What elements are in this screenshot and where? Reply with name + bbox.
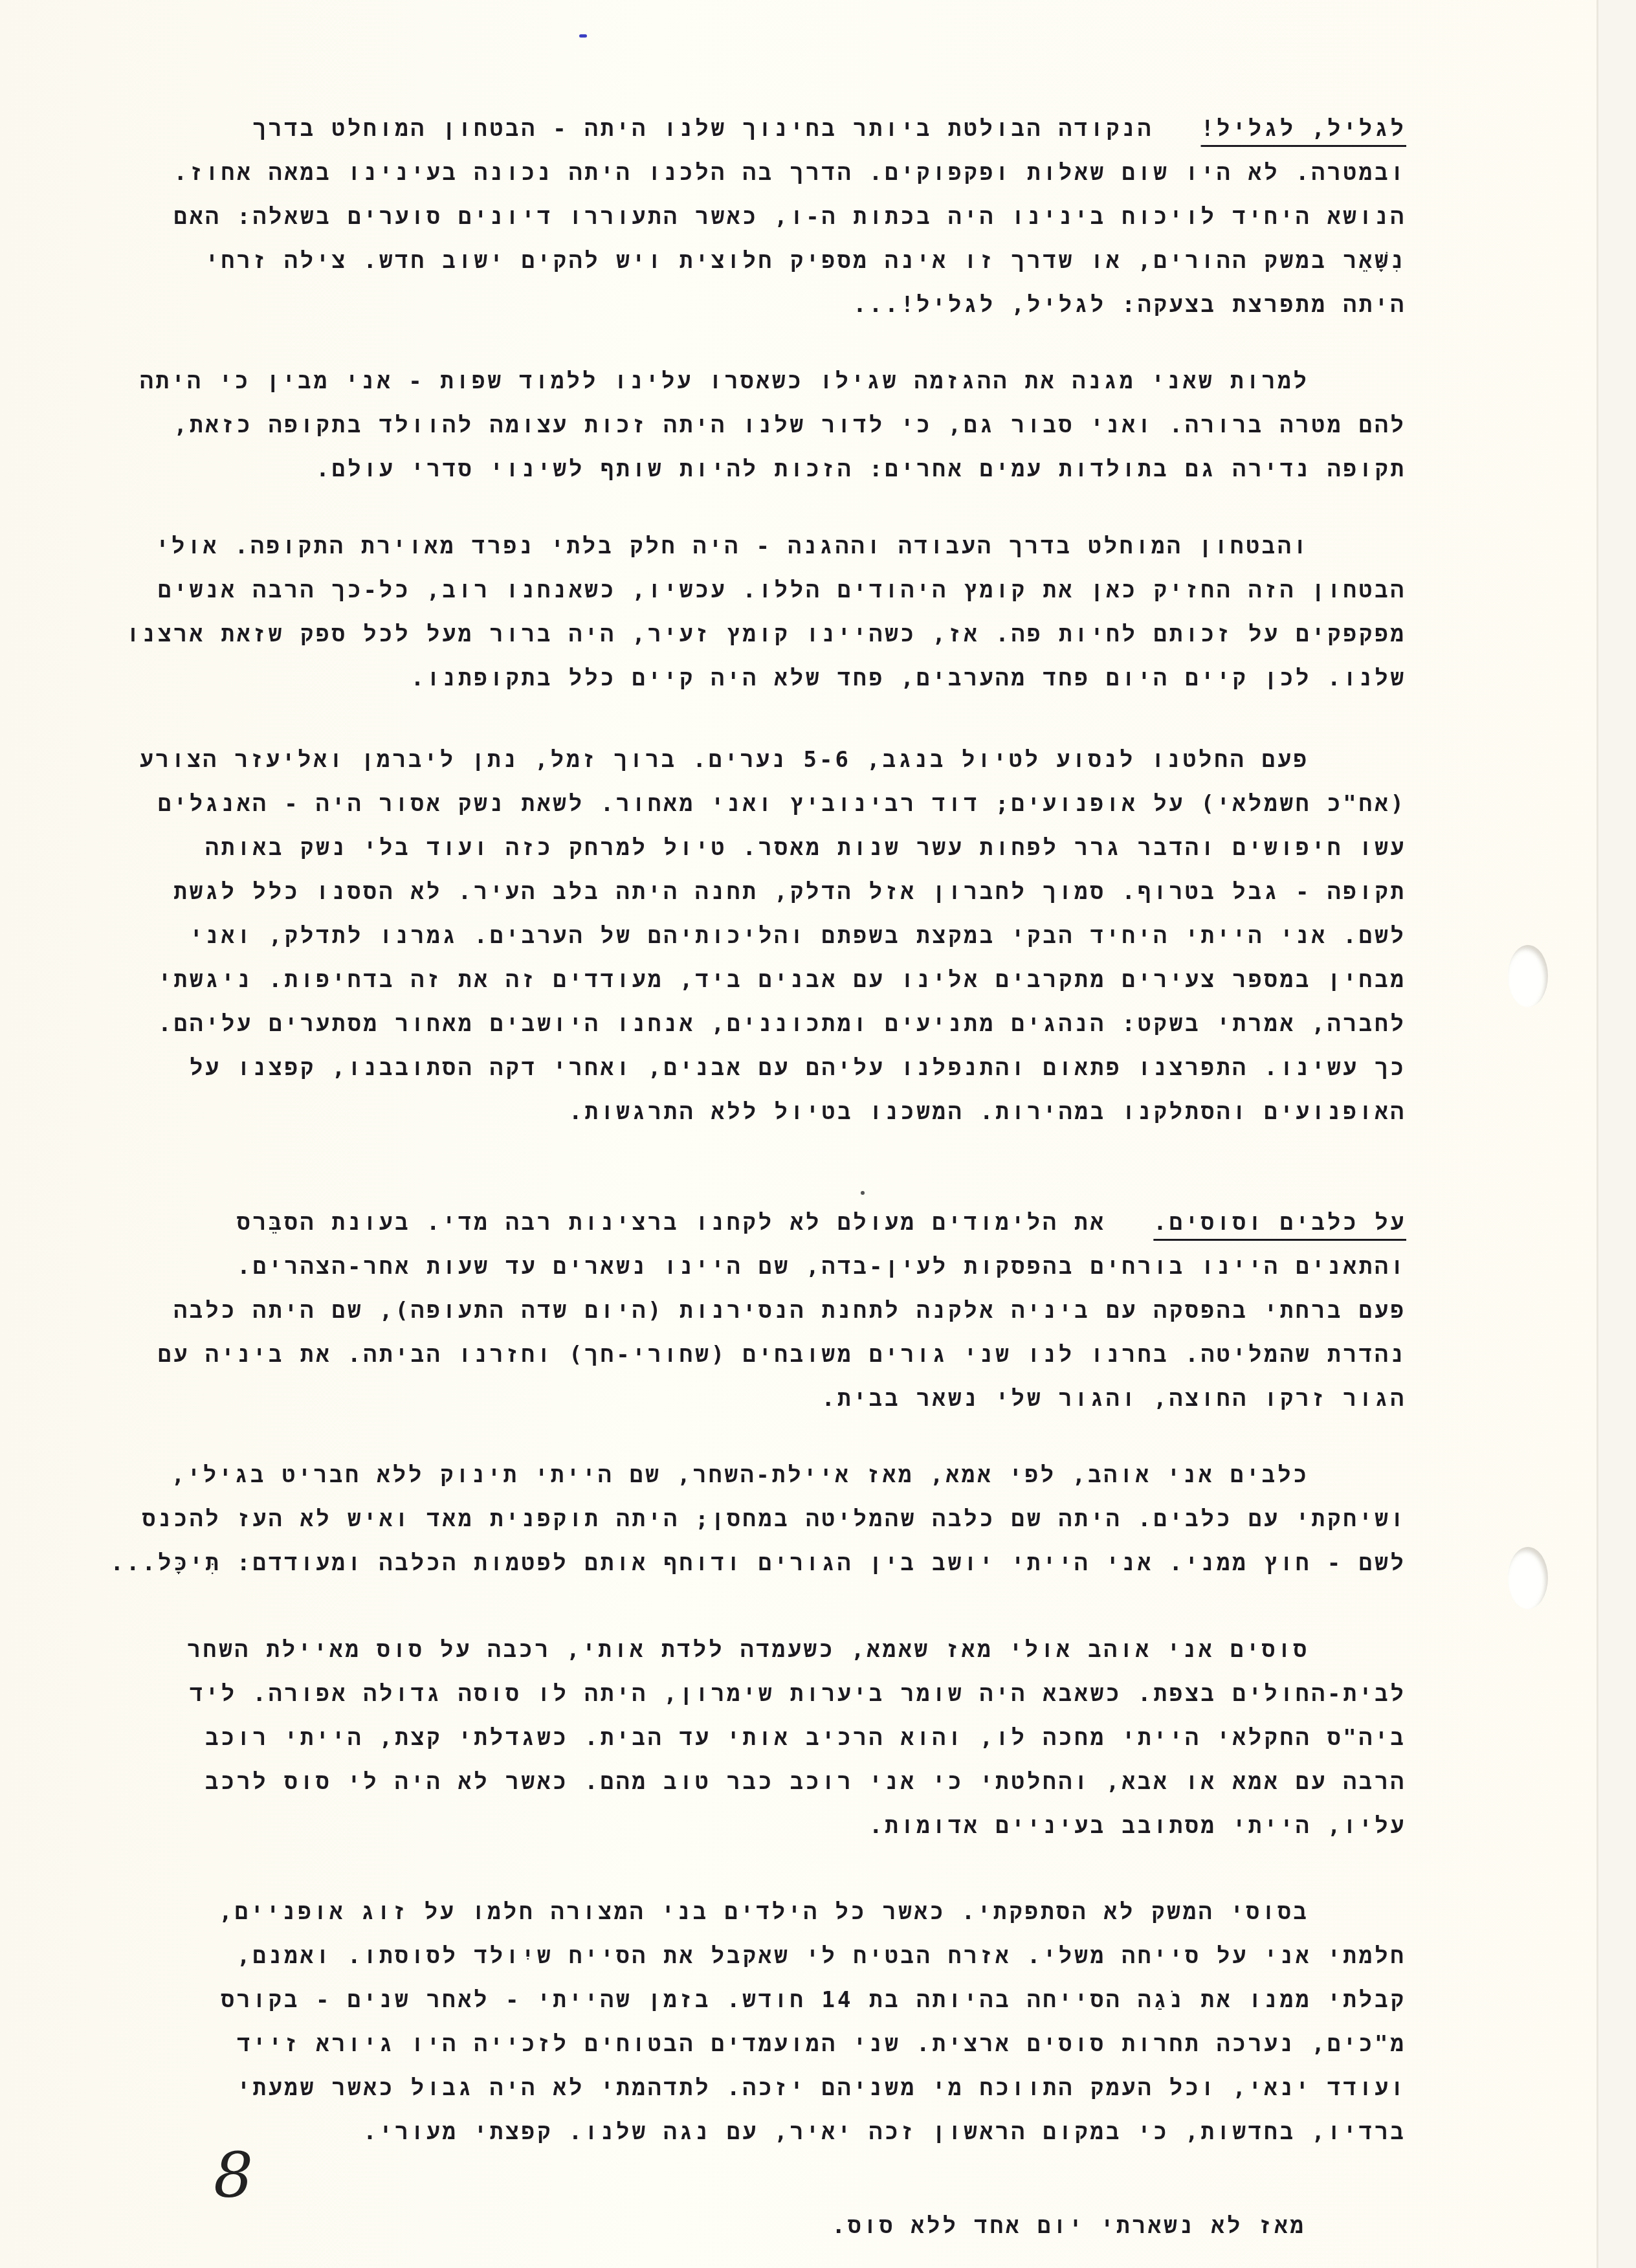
text-line: ביה"ס החקלאי הייתי מחכה לו, והוא הרכיב א… xyxy=(144,1716,1406,1760)
paragraph-dogs-horses: על כלבים וסוסים. את הלימודים מעולם לא לק… xyxy=(144,1201,1406,1421)
text-line: והתאנים היינו בורחים בהפסקות לעין-בדה, ש… xyxy=(144,1245,1406,1289)
text-line: קבלתי ממנו את נֹגַה הסייחה בהיותה בת 14 … xyxy=(144,1978,1406,2022)
paragraph-languages: למרות שאני מגנה את ההגזמה שגילו כשאסרו ע… xyxy=(144,359,1406,491)
paragraph-horses: סוסים אני אוהב אולי מאז שאמא, כשעמדה ללד… xyxy=(144,1628,1406,1848)
paragraph-negev-trip: פעם החלטנו לנסוע לטיול בנגב, 5-6 נערים. … xyxy=(144,738,1406,1134)
text-line: ועודד ינאי, וכל העמק התווכח מי משניהם יז… xyxy=(144,2066,1406,2110)
line-text: את הלימודים מעולם לא לקחנו ברצינות רבה מ… xyxy=(237,1210,1106,1236)
page-number: 8 xyxy=(214,2139,253,2212)
text-line: תקופה נדירה גם בתולדות עמים אחרים: הזכות… xyxy=(144,447,1406,491)
stray-dot xyxy=(861,1191,865,1195)
text-line: לשם. אני הייתי היחיד הבקי במקצת בשפתם וה… xyxy=(144,914,1406,958)
text-line: ברדיו, בחדשות, כי במקום הראשון זכה יאיר,… xyxy=(144,2110,1406,2154)
text-line: הרבה עם אמא או אבא, והחלטתי כי אני רוכב … xyxy=(144,1760,1406,1804)
paragraph-dogs: כלבים אני אוהב, לפי אמא, מאז איילת-השחר,… xyxy=(144,1453,1406,1585)
section-heading: לגליל, לגליל! xyxy=(1201,116,1406,142)
text-line: לבית-החולים בצפת. כשאבא היה שומר ביערות … xyxy=(144,1672,1406,1716)
text-line: ושיחקתי עם כלבים. היתה שם כלבה שהמליטה ב… xyxy=(144,1497,1406,1541)
text-line: מבחין במספר צעירים מתקרבים אלינו עם אבני… xyxy=(144,958,1406,1002)
text-line: ובמטרה. לא היו שום שאלות ופקפוקים. הדרך … xyxy=(144,151,1406,195)
text-line: לגליל, לגליל! הנקודה הבולטת ביותר בחינוך… xyxy=(144,107,1406,151)
text-line: להם מטרה ברורה. ואני סבור גם, כי לדור של… xyxy=(144,403,1406,447)
paragraph-confidence: והבטחון המוחלט בדרך העבודה וההגנה - היה … xyxy=(144,524,1406,700)
text-line: כך עשינו. התפרצנו פתאום והתנפלנו עליהם ע… xyxy=(144,1046,1406,1090)
text-line: הנושא היחיד לויכוח בינינו היה בכתות ה-ו,… xyxy=(144,195,1406,239)
punch-hole-icon xyxy=(1508,1547,1548,1609)
text-line: והבטחון המוחלט בדרך העבודה וההגנה - היה … xyxy=(144,524,1406,568)
text-line: תקופה - גבל בטרוף. סמוך לחברון אזל הדלק,… xyxy=(144,870,1406,914)
text-line: לשם - חוץ ממני. אני הייתי יושב בין הגורי… xyxy=(144,1541,1406,1585)
text-line: הגור זרקו החוצה, והגור שלי נשאר בבית. xyxy=(144,1377,1406,1421)
text-line: בסוסי המשק לא הסתפקתי. כאשר כל הילדים בנ… xyxy=(144,1890,1406,1934)
text-line: כלבים אני אוהב, לפי אמא, מאז איילת-השחר,… xyxy=(144,1453,1406,1497)
paragraph-filly-noga: בסוסי המשק לא הסתפקתי. כאשר כל הילדים בנ… xyxy=(144,1890,1406,2154)
page-edge-shadow xyxy=(1597,0,1636,2268)
section-heading: על כלבים וסוסים. xyxy=(1153,1210,1406,1236)
text-line: נהדרת שהמליטה. בחרנו לנו שני גורים משובח… xyxy=(144,1333,1406,1377)
text-line: עליו, הייתי מסתובב בעיניים אדומות. xyxy=(144,1804,1406,1848)
text-line: מ"כים, נערכה תחרות סוסים ארצית. שני המוע… xyxy=(144,2022,1406,2066)
text-line: על כלבים וסוסים. את הלימודים מעולם לא לק… xyxy=(144,1201,1406,1245)
text-line: האופנועים והסתלקנו במהירות. המשכנו בטיול… xyxy=(144,1090,1406,1134)
text-line: פעם החלטנו לנסוע לטיול בנגב, 5-6 נערים. … xyxy=(144,738,1406,782)
text-line: עשו חיפושים והדבר גרר לפחות עשר שנות מאס… xyxy=(144,826,1406,870)
text-line: למרות שאני מגנה את ההגזמה שגילו כשאסרו ע… xyxy=(144,359,1406,403)
scanned-page: לגליל, לגליל! הנקודה הבולטת ביותר בחינוך… xyxy=(0,0,1636,2268)
text-line: פעם ברחתי בהפסקה עם ביניה אלקנה לתחנת הנ… xyxy=(144,1289,1406,1333)
paragraph-galilee: לגליל, לגליל! הנקודה הבולטת ביותר בחינוך… xyxy=(144,107,1406,327)
text-line: חלמתי אני על סייחה משלי. אזרח הבטיח לי ש… xyxy=(144,1934,1406,1978)
text-line: לחברה, אמרתי בשקט: הנהגים מתניעים ומתכונ… xyxy=(144,1002,1406,1046)
text-line: הבטחון הזה החזיק כאן את קומץ היהודים הלל… xyxy=(144,568,1406,612)
text-line: מפקפקים על זכותם לחיות פה. אז, כשהיינו ק… xyxy=(144,612,1406,656)
ink-mark xyxy=(579,34,587,38)
text-line: שלנו. לכן קיים היום פחד מהערבים, פחד שלא… xyxy=(144,656,1406,700)
text-line: היתה מתפרצת בצעקה: לגליל, לגליל!... xyxy=(144,283,1406,327)
line-text: הנקודה הבולטת ביותר בחינוך שלנו היתה - ה… xyxy=(252,116,1153,142)
text-line: (אח"כ חשמלאי) על אופנועים; דוד רבינוביץ … xyxy=(144,782,1406,826)
text-line: סוסים אני אוהב אולי מאז שאמא, כשעמדה ללד… xyxy=(144,1628,1406,1672)
punch-hole-icon xyxy=(1508,945,1548,1007)
text-line: נִשָּׁאֵר במשק ההורים, או שדרך זו אינה מ… xyxy=(144,239,1406,283)
